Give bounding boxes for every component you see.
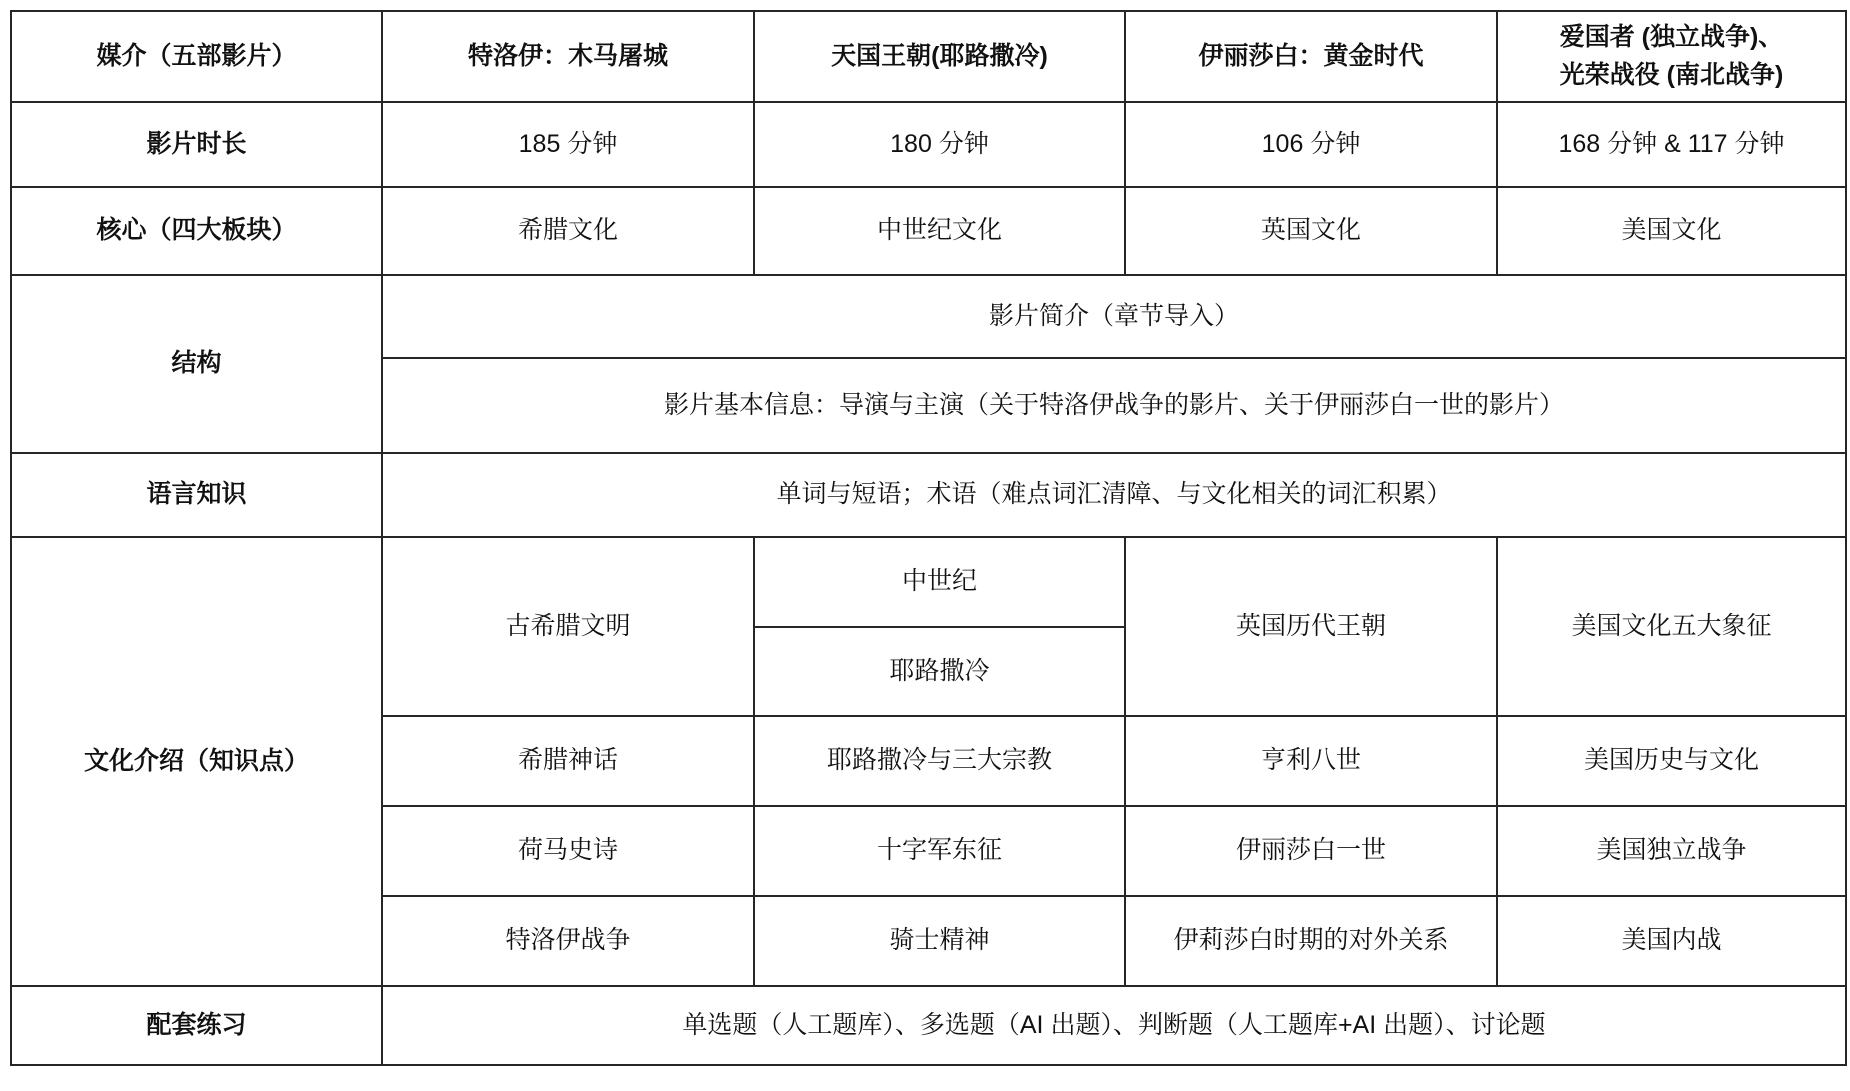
cell-culture-greek-myth: 希腊神话 [382, 716, 754, 806]
cell-culture-henry-viii: 亨利八世 [1125, 716, 1497, 806]
exercises-row: 配套练习 单选题（人工题库）、多选题（AI 出题）、判断题（人工题库+AI 出题… [11, 986, 1846, 1065]
cell-duration-elizabeth: 106 分钟 [1125, 102, 1497, 187]
cell-structure-basic-info: 影片基本信息：导演与主演（关于特洛伊战争的影片、关于伊丽莎白一世的影片） [382, 358, 1846, 453]
cell-culture-us-history: 美国历史与文化 [1497, 716, 1846, 806]
cell-duration-patriot-glory: 168 分钟 & 117 分钟 [1497, 102, 1846, 187]
header-film-patriot-glory: 爱国者 (独立战争)、 光荣战役 (南北战争) [1497, 11, 1846, 102]
header-film-elizabeth: 伊丽莎白：黄金时代 [1125, 11, 1497, 102]
core-row: 核心（四大板块） 希腊文化 中世纪文化 英国文化 美国文化 [11, 187, 1846, 275]
cell-culture-crusades: 十字军东征 [754, 806, 1125, 896]
cell-culture-chivalry: 骑士精神 [754, 896, 1125, 986]
header-media-label: 媒介（五部影片） [11, 11, 382, 102]
cell-culture-us-independence: 美国独立战争 [1497, 806, 1846, 896]
cell-culture-jerusalem-religions: 耶路撒冷与三大宗教 [754, 716, 1125, 806]
duration-row: 影片时长 185 分钟 180 分钟 106 分钟 168 分钟 & 117 分… [11, 102, 1846, 187]
culture-row-1a: 文化介绍（知识点） 古希腊文明 中世纪 英国历代王朝 美国文化五大象征 [11, 537, 1846, 627]
cell-culture-elizabeth-foreign-relations: 伊莉莎白时期的对外关系 [1125, 896, 1497, 986]
header-film-troy: 特洛伊：木马屠城 [382, 11, 754, 102]
row-label-culture: 文化介绍（知识点） [11, 537, 382, 986]
cell-core-british: 英国文化 [1125, 187, 1497, 275]
row-label-core: 核心（四大板块） [11, 187, 382, 275]
cell-culture-ancient-greece: 古希腊文明 [382, 537, 754, 716]
cell-culture-trojan-war: 特洛伊战争 [382, 896, 754, 986]
cell-core-american: 美国文化 [1497, 187, 1846, 275]
structure-row-intro: 结构 影片简介（章节导入） [11, 275, 1846, 358]
row-label-duration: 影片时长 [11, 102, 382, 187]
cell-culture-homer-epics: 荷马史诗 [382, 806, 754, 896]
cell-culture-us-symbols: 美国文化五大象征 [1497, 537, 1846, 716]
film-course-table: 媒介（五部影片） 特洛伊：木马屠城 天国王朝(耶路撒冷) 伊丽莎白：黄金时代 爱… [10, 10, 1847, 1066]
header-film-kingdom-of-heaven: 天国王朝(耶路撒冷) [754, 11, 1125, 102]
cell-culture-elizabeth-i: 伊丽莎白一世 [1125, 806, 1497, 896]
cell-culture-british-dynasties: 英国历代王朝 [1125, 537, 1497, 716]
document-page: 媒介（五部影片） 特洛伊：木马屠城 天国王朝(耶路撒冷) 伊丽莎白：黄金时代 爱… [0, 0, 1850, 1091]
row-label-structure: 结构 [11, 275, 382, 453]
cell-language-content: 单词与短语；术语（难点词汇清障、与文化相关的词汇积累） [382, 453, 1846, 537]
language-row: 语言知识 单词与短语；术语（难点词汇清障、与文化相关的词汇积累） [11, 453, 1846, 537]
cell-core-medieval: 中世纪文化 [754, 187, 1125, 275]
cell-culture-us-civil-war: 美国内战 [1497, 896, 1846, 986]
cell-culture-medieval: 中世纪 [754, 537, 1125, 627]
cell-culture-jerusalem: 耶路撒冷 [754, 627, 1125, 716]
cell-duration-kingdom: 180 分钟 [754, 102, 1125, 187]
row-label-language: 语言知识 [11, 453, 382, 537]
cell-exercises-content: 单选题（人工题库）、多选题（AI 出题）、判断题（人工题库+AI 出题）、讨论题 [382, 986, 1846, 1065]
cell-core-greek: 希腊文化 [382, 187, 754, 275]
row-label-exercises: 配套练习 [11, 986, 382, 1065]
cell-duration-troy: 185 分钟 [382, 102, 754, 187]
cell-structure-intro: 影片简介（章节导入） [382, 275, 1846, 358]
header-row: 媒介（五部影片） 特洛伊：木马屠城 天国王朝(耶路撒冷) 伊丽莎白：黄金时代 爱… [11, 11, 1846, 102]
